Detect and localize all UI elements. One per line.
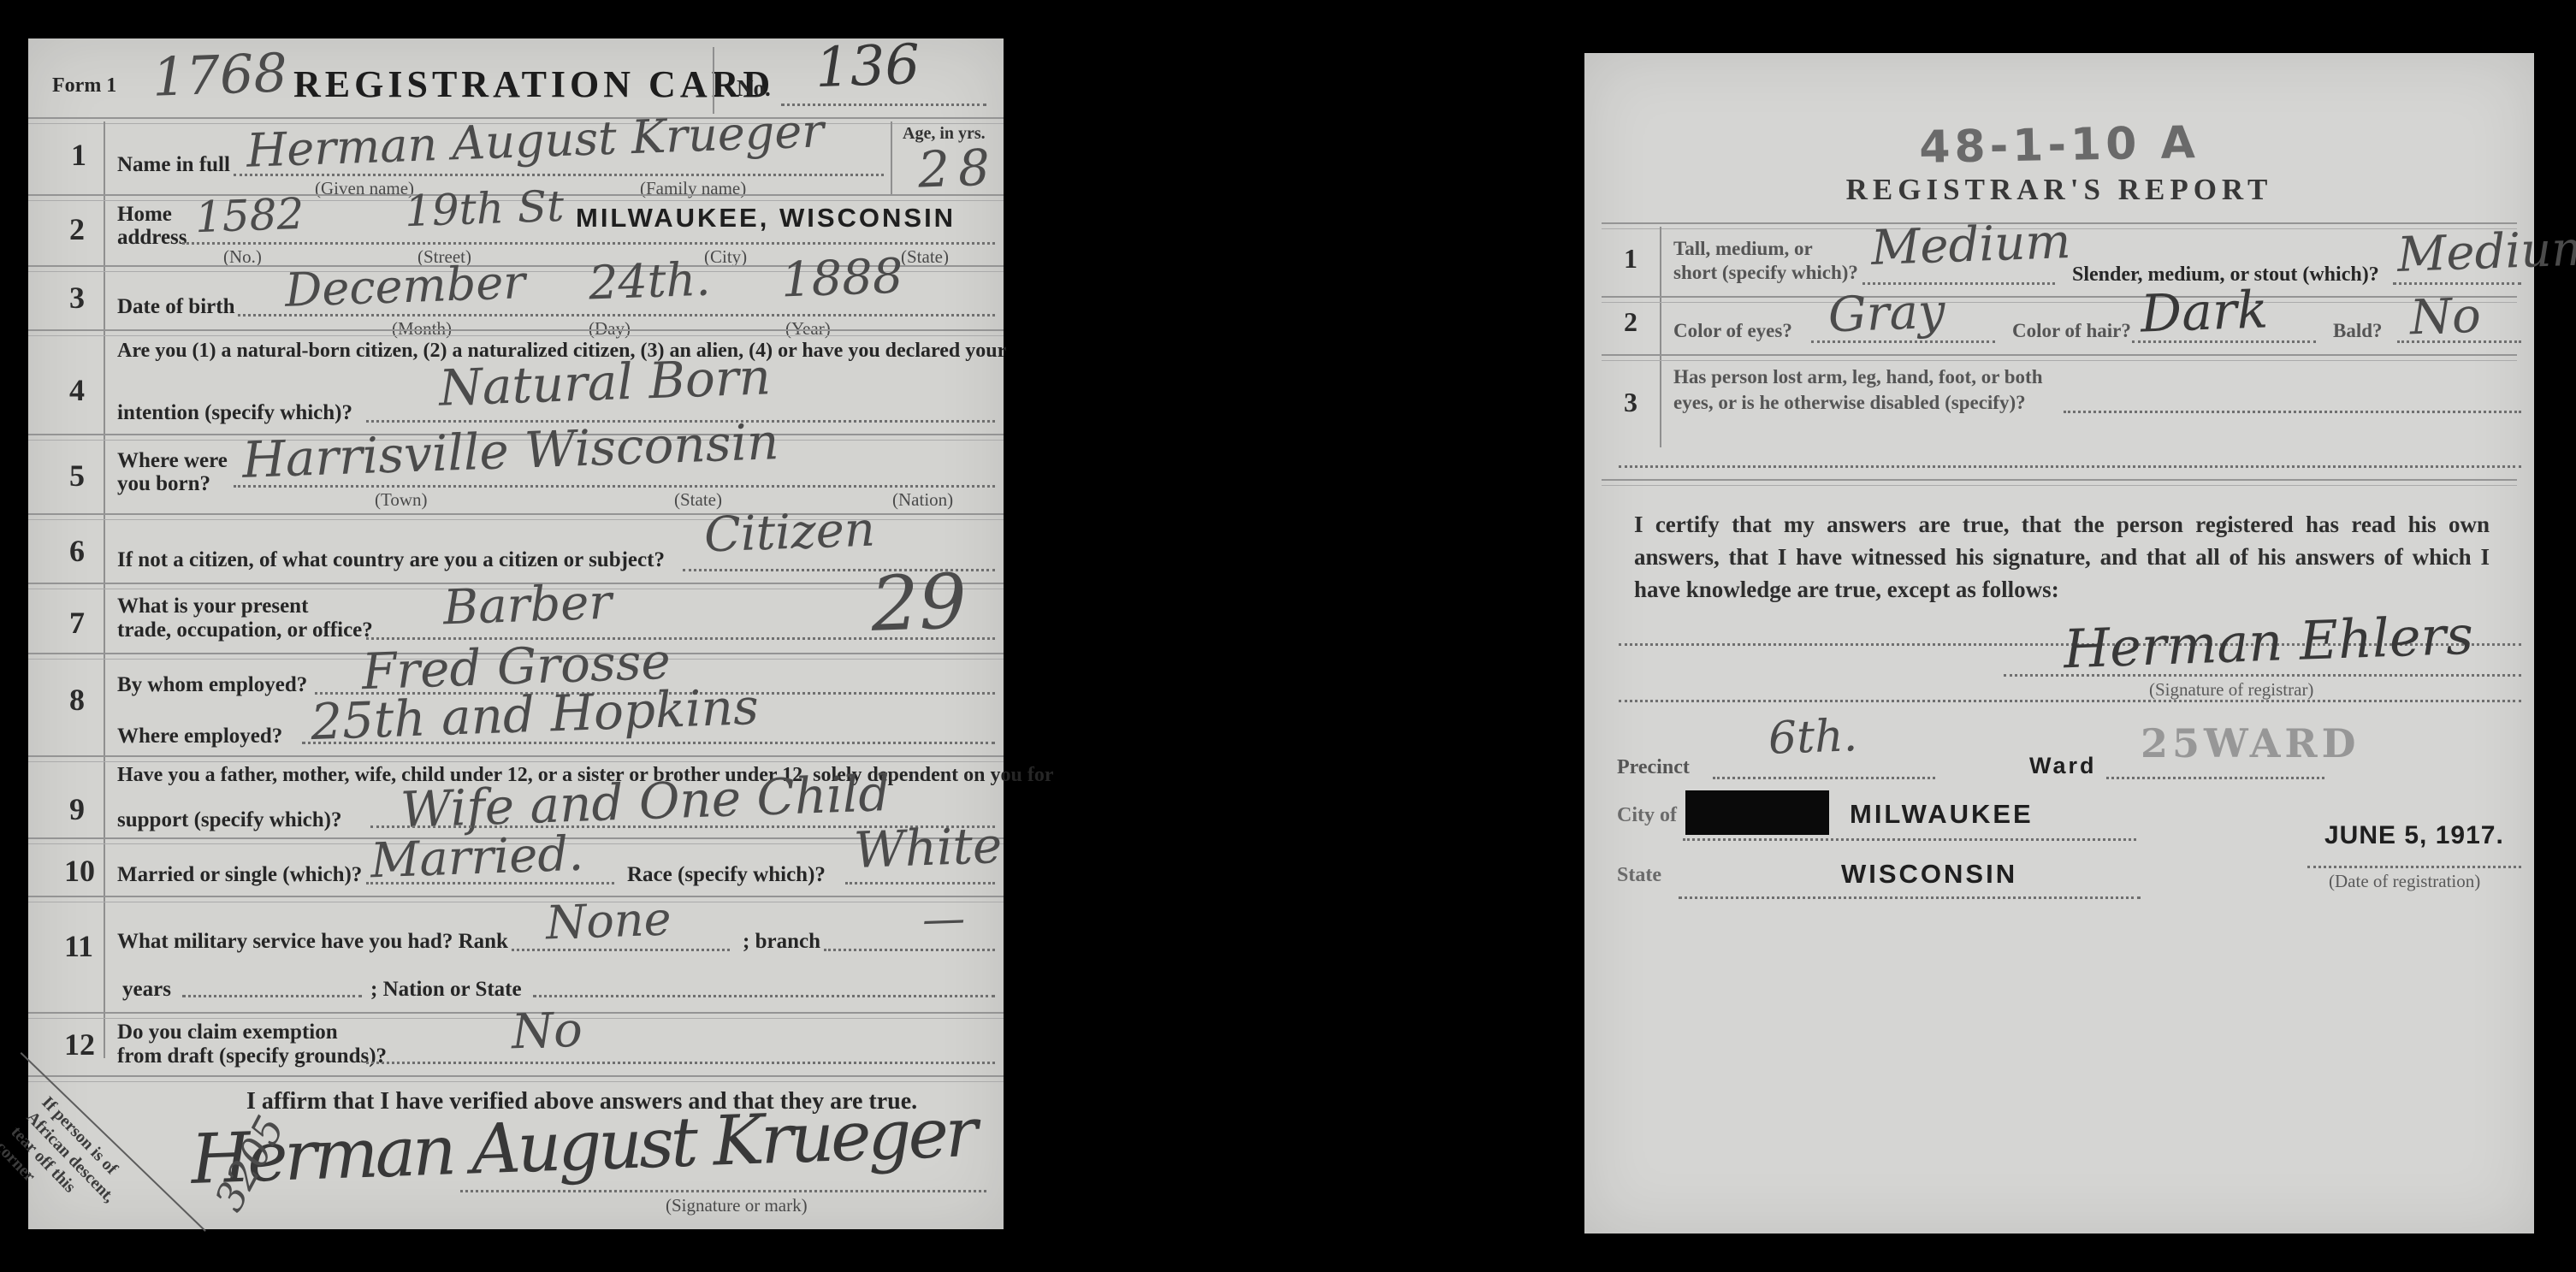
rq2-label-bald: Bald?	[2333, 320, 2383, 341]
city-label: City of	[1617, 804, 1677, 826]
rq2-answer-bald-handwritten: No	[2409, 288, 2482, 346]
q10-answer-married-handwritten: Married.	[370, 826, 584, 890]
q3-year-handwritten: 1888	[780, 249, 904, 309]
q2-label-line2: address	[117, 226, 187, 250]
certification-paragraph: I certify that my answers are true, that…	[1634, 508, 2490, 606]
rq1-stout-dotted-line	[2393, 282, 2521, 285]
q6-label: If not a citizen, of what country are yo…	[117, 548, 665, 572]
registrar-report-card: 48-1-10 A REGISTRAR'S REPORT 1 Tall, med…	[1584, 53, 2534, 1234]
q9-label-line2: support (specify which)?	[117, 808, 342, 832]
q12-label-line1: Do you claim exemption	[117, 1021, 338, 1044]
scanned-draft-registration: Form 1 1768 REGISTRATION CARD No. 136 1 …	[0, 0, 2576, 1272]
registration-date-stamp: JUNE 5, 1917.	[2324, 821, 2504, 850]
ward-number-stamp: 25WARD	[2141, 720, 2360, 766]
q5-dotted-line	[234, 485, 995, 488]
city-stamp: MILWAUKEE	[1850, 799, 2034, 830]
rq1-height-dotted-line	[1862, 282, 2055, 285]
q2-dotted-line	[182, 242, 995, 245]
signature-dotted-line	[460, 1190, 986, 1192]
q3-label: Date of birth	[117, 295, 234, 319]
serial-number-handwritten: 1768	[151, 41, 288, 108]
q6-answer-handwritten: Citizen	[703, 502, 876, 564]
rq2-label-hair: Color of hair?	[2012, 320, 2131, 341]
rq1-label-line2: short (specify which)?	[1673, 262, 1858, 283]
registration-number-handwritten: 136	[814, 33, 921, 100]
rq3-number: 3	[1624, 387, 1637, 418]
tear-corner-note: If person is of African descent, tear of…	[0, 1092, 134, 1237]
city-redaction-box	[1685, 790, 1829, 835]
ward-dotted-line	[2106, 777, 2324, 779]
q5-number: 5	[69, 458, 85, 494]
q1-answer-handwritten: Herman August Krueger	[246, 104, 825, 178]
rq2-hair-dotted-line	[2132, 340, 2316, 343]
rq2-eyes-dotted-line	[1811, 340, 1995, 343]
q7-margin-number-handwritten: 29	[869, 557, 968, 648]
registrar-signature-dotted-line	[2004, 674, 2521, 677]
registration-date-dotted-line	[2307, 866, 2521, 868]
q10-number: 10	[64, 853, 95, 889]
rq2-answer-eyes-handwritten: Gray	[1827, 284, 1946, 344]
q4-label-line2: intention (specify which)?	[117, 401, 352, 425]
q2-city-state-stamp: MILWAUKEE, WISCONSIN	[576, 203, 956, 234]
q11-answer-branch-handwritten: —	[921, 893, 966, 944]
q12-dotted-line	[366, 1062, 995, 1064]
ward-label: Ward	[2029, 753, 2097, 779]
rq2-label-eyes: Color of eyes?	[1673, 320, 1792, 341]
registration-date-sub-label: (Date of registration)	[2329, 871, 2480, 892]
q4-answer-handwritten: Natural Born	[438, 347, 772, 417]
rq3-label-line2: eyes, or is he otherwise disabled (speci…	[1673, 392, 2026, 413]
q1-number: 1	[71, 137, 86, 173]
q12-number: 12	[64, 1026, 95, 1062]
q5-label-line1: Where were	[117, 449, 228, 473]
row10-separator	[28, 896, 1004, 902]
signature-sub-label: (Signature or mark)	[666, 1195, 808, 1216]
q11-label-years: years	[122, 978, 171, 1002]
registration-card: Form 1 1768 REGISTRATION CARD No. 136 1 …	[28, 38, 1004, 1229]
q11-label-branch: ; branch	[743, 930, 820, 954]
rq3-label-line1: Has person lost arm, leg, hand, foot, or…	[1673, 366, 2043, 388]
state-stamp: WISCONSIN	[1841, 859, 2017, 890]
q7-number: 7	[69, 605, 85, 641]
q5-sub-nation: (Nation)	[892, 489, 953, 511]
q6-number: 6	[69, 533, 85, 569]
q10-label-married: Married or single (which)?	[117, 863, 362, 887]
q10-race-dotted-line	[845, 882, 995, 884]
q3-dotted-line	[238, 314, 995, 317]
number-column-rule	[104, 121, 105, 1058]
rq2-answer-hair-handwritten: Dark	[2140, 280, 2269, 344]
rrow2-separator	[1602, 354, 2517, 361]
q11-label-nation: ; Nation or State	[370, 978, 522, 1002]
precinct-label: Precinct	[1617, 756, 1690, 778]
q7-label-line1: What is your present	[117, 595, 308, 618]
rrow1-separator	[1602, 296, 2517, 303]
q8-number: 8	[69, 682, 85, 718]
form-number-label: Form 1	[52, 74, 116, 97]
rrow3-separator	[1602, 479, 2517, 486]
exception-line-2	[1619, 700, 2521, 702]
q11-years-dotted-line	[182, 995, 362, 997]
card-title: REGISTRATION CARD	[293, 62, 774, 106]
q2-label-line1: Home	[117, 203, 172, 227]
rq3-extra-dotted-line	[1619, 465, 2521, 468]
q10-answer-race-handwritten: White	[853, 816, 1003, 879]
q11-branch-dotted-line	[824, 949, 995, 951]
city-dotted-line	[1683, 838, 2136, 841]
report-number-column-rule	[1660, 227, 1661, 447]
q8-label-by: By whom employed?	[117, 673, 307, 697]
rq3-answer-dotted-line	[2064, 411, 2521, 413]
q7-answer-handwritten: Barber	[442, 575, 613, 636]
rq2-bald-dotted-line	[2397, 340, 2521, 343]
rq1-number: 1	[1624, 243, 1637, 275]
precinct-dotted-line	[1713, 777, 1935, 779]
report-title: REGISTRAR'S REPORT	[1584, 173, 2534, 207]
q5-sub-town: (Town)	[375, 489, 428, 511]
q8-label-where: Where employed?	[117, 725, 282, 748]
rq1-answer-height-handwritten: Medium	[1870, 214, 2072, 276]
q3-number: 3	[69, 280, 85, 316]
state-label: State	[1617, 864, 1661, 886]
age-value-handwritten: 28	[917, 138, 999, 198]
q11-number: 11	[64, 928, 93, 964]
state-dotted-line	[1679, 896, 2141, 899]
q11-rank-dotted-line	[512, 949, 730, 951]
rq1-answer-stout-handwritten: Medium	[2396, 221, 2576, 283]
rq2-number: 2	[1624, 306, 1637, 338]
row12-separator	[28, 1075, 1004, 1082]
file-code-stamp: 48-1-10 A	[1584, 111, 2535, 179]
q9-number: 9	[69, 791, 85, 827]
q7-label-line2: trade, occupation, or office?	[117, 618, 373, 642]
q12-label-line2: from draft (specify grounds)?	[117, 1044, 387, 1068]
q2-number: 2	[69, 211, 85, 247]
rq1-label-line1: Tall, medium, or	[1673, 238, 1813, 259]
precinct-value-handwritten: 6th.	[1768, 710, 1858, 765]
no-label: No.	[737, 76, 771, 102]
q3-day-handwritten: 24th.	[588, 252, 711, 311]
q2-answer-no-handwritten: 1582	[194, 189, 305, 242]
q11-label-rank: What military service have you had? Rank	[117, 930, 508, 954]
registrar-signature-sub-label: (Signature of registrar)	[2149, 679, 2313, 701]
age-column-rule	[891, 121, 892, 194]
q11-nation-dotted-line	[533, 995, 995, 997]
q4-number: 4	[69, 372, 85, 408]
q12-answer-handwritten: No	[511, 1003, 583, 1061]
header-divider	[713, 47, 714, 114]
row3-separator	[28, 329, 1004, 336]
q11-answer-rank-handwritten: None	[545, 891, 672, 950]
q1-label: Name in full	[117, 153, 230, 177]
row8-separator	[28, 755, 1004, 762]
q3-month-handwritten: December	[284, 255, 526, 317]
q1-dotted-line	[234, 174, 884, 176]
q10-label-race: Race (specify which)?	[627, 863, 826, 887]
q8-where-dotted-line	[302, 742, 995, 744]
q10-married-dotted-line	[366, 882, 614, 884]
q2-answer-street-handwritten: 19th St	[404, 181, 565, 236]
q5-label-line2: you born?	[117, 472, 210, 496]
registrar-signature-handwritten: Herman Ehlers	[2063, 604, 2474, 681]
